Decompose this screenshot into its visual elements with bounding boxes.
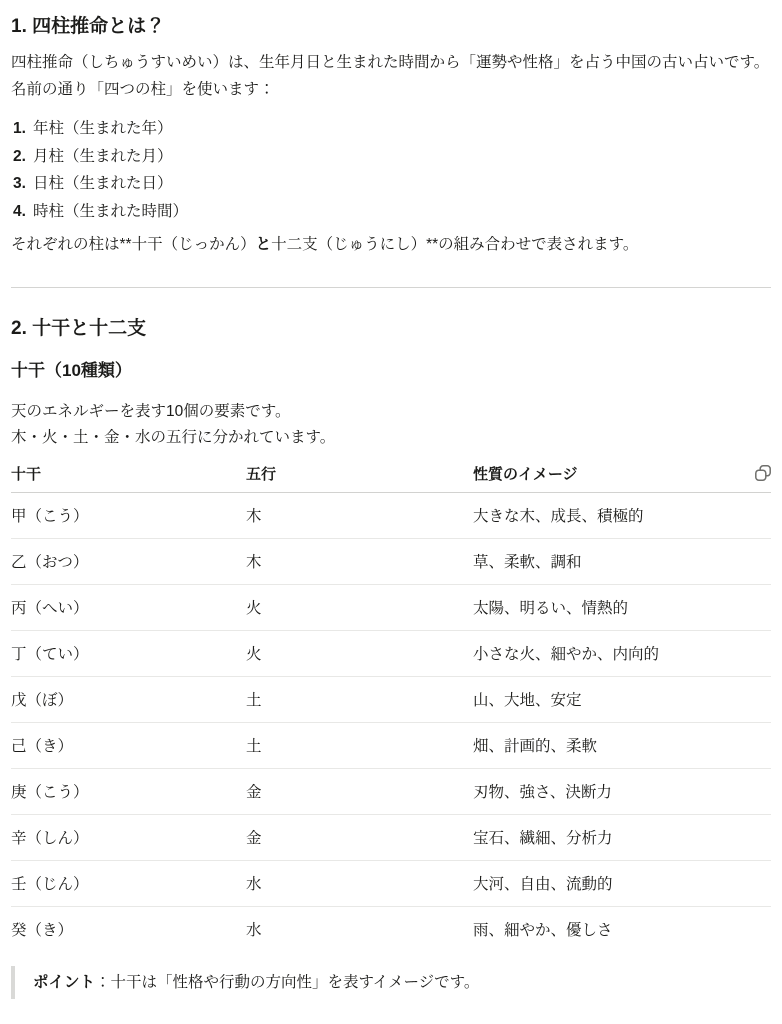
cell-kan: 甲（こう） (11, 493, 246, 539)
section1-intro-paragraph: 四柱推命（しちゅうすいめい）は、生年月日と生まれた時間から「運勢や性格」を占う中… (11, 49, 771, 103)
cell-element: 土 (246, 677, 473, 723)
list-marker: 4. (13, 198, 26, 226)
point-blockquote: ポイント：十干は「性格や行動の方向性」を表すイメージです。 (11, 966, 771, 999)
cell-image: 宝石、繊細、分析力 (473, 815, 771, 861)
column-header-image: 性質のイメージ (473, 463, 771, 493)
cell-element: 木 (246, 539, 473, 585)
table-row: 甲（こう） 木 大きな木、成長、積極的 (11, 493, 771, 539)
copy-table-button[interactable] (753, 463, 773, 483)
cell-kan: 丙（へい） (11, 585, 246, 631)
column-header-jikkan: 十干 (11, 463, 246, 493)
table-row: 壬（じん） 水 大河、自由、流動的 (11, 861, 771, 907)
section1-closing-paragraph: それぞれの柱は**十干（じっかん）と十二支（じゅうにし）**の組み合わせで表され… (11, 231, 771, 258)
list-marker: 3. (13, 170, 26, 198)
cell-element: 火 (246, 631, 473, 677)
list-item-day-pillar: 3.日柱（生まれた日） (33, 170, 771, 198)
table-row: 丙（へい） 火 太陽、明るい、情熱的 (11, 585, 771, 631)
section2-heading: 2. 十干と十二支 (11, 317, 771, 341)
list-item-hour-pillar: 4.時柱（生まれた時間） (33, 198, 771, 226)
cell-element: 水 (246, 861, 473, 907)
cell-image: 大河、自由、流動的 (473, 861, 771, 907)
cell-image: 小さな火、細やか、内向的 (473, 631, 771, 677)
list-item-label: 月柱（生まれた月） (33, 148, 173, 165)
table-row: 乙（おつ） 木 草、柔軟、調和 (11, 539, 771, 585)
cell-element: 水 (246, 907, 473, 953)
list-item-label: 年柱（生まれた年） (33, 120, 173, 137)
jikkan-description: 天のエネルギーを表す10個の要素です。 木・火・土・金・水の五行に分かれています… (11, 399, 771, 451)
jikkan-table: 十干 五行 性質のイメージ 甲（こう） 木 大きな木、成長、積極的 乙（おつ） … (11, 463, 771, 952)
cell-image: 山、大地、安定 (473, 677, 771, 723)
table-row: 庚（こう） 金 刃物、強さ、決断力 (11, 769, 771, 815)
pillar-list: 1.年柱（生まれた年） 2.月柱（生まれた月） 3.日柱（生まれた日） 4.時柱… (11, 115, 771, 225)
cell-image: 草、柔軟、調和 (473, 539, 771, 585)
copy-icon (754, 464, 772, 482)
cell-kan: 乙（おつ） (11, 539, 246, 585)
cell-image: 刃物、強さ、決断力 (473, 769, 771, 815)
cell-image: 大きな木、成長、積極的 (473, 493, 771, 539)
point-text: ：十干は「性格や行動の方向性」を表すイメージです。 (95, 974, 479, 991)
section-divider (11, 287, 771, 288)
list-item-label: 日柱（生まれた日） (33, 175, 173, 192)
cell-image: 畑、計画的、柔軟 (473, 723, 771, 769)
column-header-gogyou: 五行 (246, 463, 473, 493)
section1-heading: 1. 四柱推命とは？ (11, 15, 771, 39)
closing-text-post: 十二支（じゅうにし）**の組み合わせで表されます。 (271, 236, 638, 253)
list-marker: 1. (13, 115, 26, 143)
table-row: 己（き） 土 畑、計画的、柔軟 (11, 723, 771, 769)
cell-element: 木 (246, 493, 473, 539)
closing-text-pre: それぞれの柱は**十干（じっかん） (11, 236, 256, 253)
cell-kan: 戊（ぼ） (11, 677, 246, 723)
jikkan-table-container: 十干 五行 性質のイメージ 甲（こう） 木 大きな木、成長、積極的 乙（おつ） … (11, 463, 771, 952)
table-row: 丁（てい） 火 小さな火、細やか、内向的 (11, 631, 771, 677)
jikkan-subheading: 十干（10種類） (11, 360, 771, 382)
table-row: 辛（しん） 金 宝石、繊細、分析力 (11, 815, 771, 861)
cell-image: 太陽、明るい、情熱的 (473, 585, 771, 631)
cell-element: 火 (246, 585, 473, 631)
document: 1. 四柱推命とは？ 四柱推命（しちゅうすいめい）は、生年月日と生まれた時間から… (0, 0, 782, 1009)
table-row: 戊（ぼ） 土 山、大地、安定 (11, 677, 771, 723)
closing-text-bold: と (256, 236, 272, 253)
cell-kan: 癸（き） (11, 907, 246, 953)
table-row: 癸（き） 水 雨、細やか、優しさ (11, 907, 771, 953)
cell-kan: 丁（てい） (11, 631, 246, 677)
cell-kan: 辛（しん） (11, 815, 246, 861)
list-item-label: 時柱（生まれた時間） (33, 203, 188, 220)
cell-kan: 庚（こう） (11, 769, 246, 815)
cell-kan: 壬（じん） (11, 861, 246, 907)
cell-element: 金 (246, 769, 473, 815)
point-label: ポイント (33, 974, 95, 991)
list-marker: 2. (13, 143, 26, 171)
cell-element: 土 (246, 723, 473, 769)
cell-kan: 己（き） (11, 723, 246, 769)
cell-element: 金 (246, 815, 473, 861)
list-item-year-pillar: 1.年柱（生まれた年） (33, 115, 771, 143)
cell-image: 雨、細やか、優しさ (473, 907, 771, 953)
list-item-month-pillar: 2.月柱（生まれた月） (33, 143, 771, 171)
table-header-row: 十干 五行 性質のイメージ (11, 463, 771, 493)
